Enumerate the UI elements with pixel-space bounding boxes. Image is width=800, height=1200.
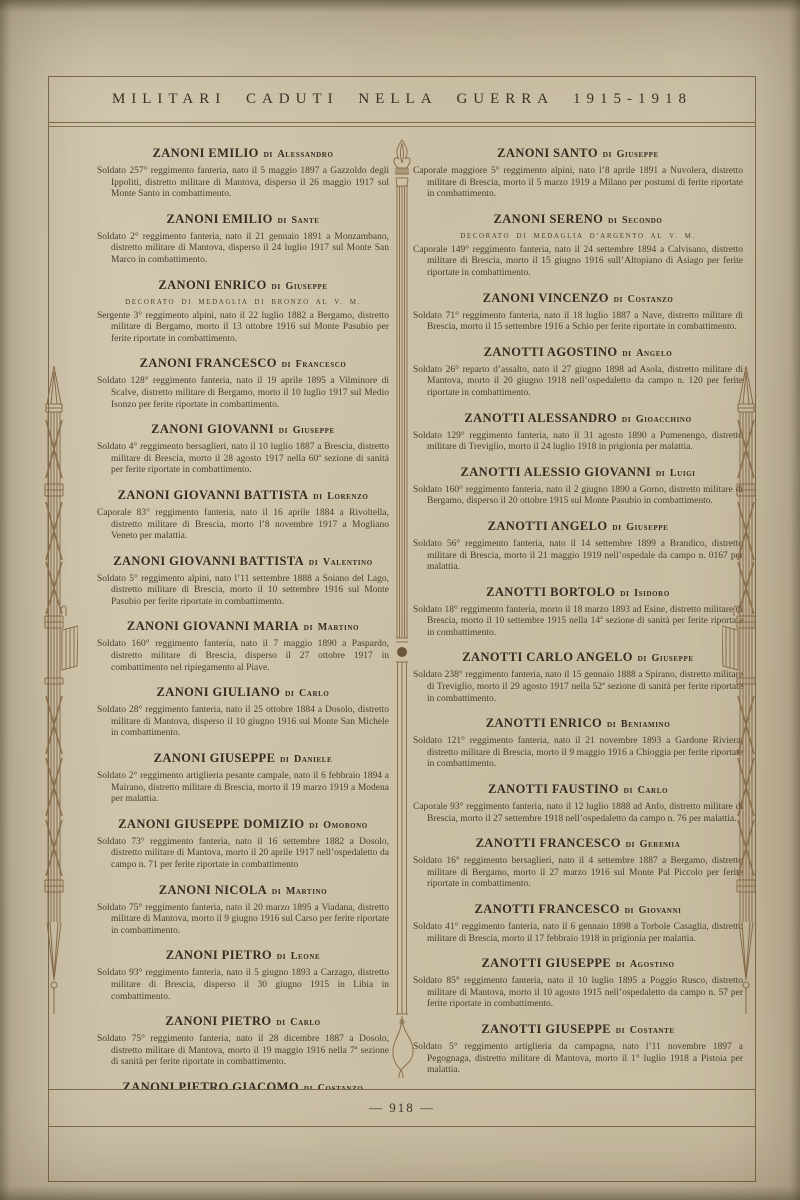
soldier-surname: ZANOTTI GIUSEPPE — [481, 956, 611, 970]
soldier-name-heading: ZANONI EMILIO DI Alessandro — [97, 145, 389, 162]
soldier-name-heading: ZANONI PIETRO DI Carlo — [97, 1013, 389, 1030]
di-label: DI — [304, 623, 313, 632]
soldier-name-heading: ZANOTTI AGOSTINO DI Angelo — [413, 344, 743, 361]
soldier-name-heading: ZANOTTI ENRICO DI Beniamino — [413, 715, 743, 732]
di-label: DI — [277, 952, 286, 961]
di-label: DI — [603, 150, 612, 159]
father-name: Carlo — [290, 1017, 320, 1028]
father-name: Giuseppe — [626, 522, 668, 533]
soldier-name-heading: ZANONI NICOLA DI Martino — [97, 882, 389, 899]
soldier-name-heading: ZANONI SANTO DI Giuseppe — [413, 145, 743, 162]
soldier-entry: ZANONI EMILIO DI SanteSoldato 2° reggime… — [97, 211, 389, 267]
soldier-entry: ZANOTTI BORTOLO DI IsidoroSoldato 18° re… — [413, 584, 743, 640]
di-label: DI — [280, 755, 289, 764]
soldier-record: Soldato 2° reggimento fanteria, nato il … — [97, 232, 389, 267]
di-label: DI — [624, 786, 633, 795]
soldier-record: Soldato 5° reggimento alpini, nato l’11 … — [97, 574, 389, 609]
father-name: Lorenzo — [327, 491, 368, 502]
soldier-name-heading: ZANOTTI GIUSEPPE DI Agostino — [413, 955, 743, 972]
soldier-surname: ZANONI GIULIANO — [157, 685, 281, 699]
content-area: ZANONI EMILIO DI AlessandroSoldato 257° … — [49, 123, 755, 1089]
di-label: DI — [612, 523, 621, 532]
soldier-name-heading: ZANONI GIOVANNI BATTISTA DI Lorenzo — [97, 487, 389, 504]
soldier-surname: ZANOTTI FRANCESCO — [476, 836, 621, 850]
soldier-record: Soldato 4° reggimento bersaglieri, nato … — [97, 442, 389, 477]
soldier-record: Soldato 26° reparto d’assalto, nato il 2… — [413, 365, 743, 400]
di-label: DI — [309, 821, 318, 830]
soldier-record: Soldato 5° reggimento artiglieria da cam… — [413, 1042, 743, 1077]
soldier-entry: ZANONI PIETRO DI LeoneSoldato 93° reggim… — [97, 947, 389, 1003]
soldier-surname: ZANONI SANTO — [497, 146, 598, 160]
decoration-line: DECORATO DI MEDAGLIA D’ARGENTO AL V. M. — [413, 232, 743, 240]
di-label: DI — [622, 349, 631, 358]
soldier-surname: ZANONI PIETRO — [165, 1014, 271, 1028]
father-name: Luigi — [670, 468, 696, 479]
soldier-entry: ZANONI GIOVANNI MARIA DI MartinoSoldato … — [97, 618, 389, 674]
soldier-record: Sergente 3° reggimento alpini, nato il 2… — [97, 311, 389, 346]
soldier-entry: ZANONI GIOVANNI DI GiuseppeSoldato 4° re… — [97, 421, 389, 477]
soldier-entry: ZANONI PIETRO DI CarloSoldato 75° reggim… — [97, 1013, 389, 1069]
soldier-name-heading: ZANONI FRANCESCO DI Francesco — [97, 355, 389, 372]
soldier-entry: ZANONI VINCENZO DI CostanzoSoldato 71° r… — [413, 290, 743, 334]
soldier-surname: ZANONI GIOVANNI BATTISTA — [118, 488, 309, 502]
soldier-record: Soldato 73° reggimento fanteria, nato il… — [97, 837, 389, 872]
soldier-record: Soldato 160° reggimento fanteria, nato i… — [97, 639, 389, 674]
di-label: DI — [622, 415, 631, 424]
right-column: ZANONI SANTO DI GiuseppeCaporale maggior… — [413, 143, 743, 1089]
soldier-entry: ZANONI SANTO DI GiuseppeCaporale maggior… — [413, 145, 743, 201]
soldier-record: Soldato 160° reggimento fanteria, nato i… — [413, 485, 743, 508]
soldier-record: Soldato 56° reggimento fanteria, nato il… — [413, 539, 743, 574]
soldier-surname: ZANONI SERENO — [494, 212, 604, 226]
soldier-name-heading: ZANONI EMILIO DI Sante — [97, 211, 389, 228]
di-label: DI — [282, 360, 291, 369]
father-name: Martino — [318, 622, 359, 633]
page-frame: MILITARI CADUTI NELLA GUERRA 1915-1918 Z… — [48, 76, 756, 1182]
soldier-entry: ZANONI EMILIO DI AlessandroSoldato 257° … — [97, 145, 389, 201]
soldier-surname: ZANOTTI GIUSEPPE — [481, 1022, 611, 1036]
soldier-entry: ZANONI GIULIANO DI CarloSoldato 28° regg… — [97, 684, 389, 740]
father-name: Daniele — [294, 754, 332, 765]
father-name: Costante — [630, 1025, 675, 1036]
di-label: DI — [608, 216, 617, 225]
father-name: Giovanni — [639, 905, 682, 916]
di-label: DI — [620, 589, 629, 598]
father-name: Carlo — [299, 688, 329, 699]
di-label: DI — [625, 906, 634, 915]
father-name: Gioacchino — [636, 414, 692, 425]
di-label: DI — [638, 654, 647, 663]
father-name: Beniamino — [621, 719, 670, 730]
soldier-entry: ZANONI GIOVANNI BATTISTA DI LorenzoCapor… — [97, 487, 389, 543]
soldier-entry: ZANOTTI FRANCESCO DI GeremiaSoldato 16° … — [413, 835, 743, 891]
soldier-entry: ZANONI ENRICO DI GiuseppeDECORATO DI MED… — [97, 277, 389, 346]
father-name: Costanzo — [628, 294, 674, 305]
father-name: Carlo — [638, 785, 668, 796]
di-label: DI — [309, 558, 318, 567]
father-name: Secondo — [622, 215, 663, 226]
soldier-surname: ZANONI GIOVANNI MARIA — [127, 619, 299, 633]
father-name: Giuseppe — [293, 425, 335, 436]
book-page-photo: { "page": { "title": "MILITARI CADUTI NE… — [0, 0, 800, 1200]
soldier-entry: ZANOTTI GIUSEPPE DI CostanteSoldato 5° r… — [413, 1021, 743, 1077]
soldier-entry: ZANONI PIETRO GIACOMO DI CostanzoSoldato… — [97, 1079, 389, 1089]
soldier-surname: ZANOTTI ALESSANDRO — [464, 411, 617, 425]
footer-band: — 918 — — [49, 1089, 755, 1127]
soldier-name-heading: ZANOTTI FAUSTINO DI Carlo — [413, 781, 743, 798]
soldier-name-heading: ZANONI GIULIANO DI Carlo — [97, 684, 389, 701]
soldier-surname: ZANONI EMILIO — [167, 212, 273, 226]
soldier-entry: ZANOTTI ANGELO DI GiuseppeSoldato 56° re… — [413, 518, 743, 574]
soldier-entry: ZANOTTI ENRICO DI BeniaminoSoldato 121° … — [413, 715, 743, 771]
di-label: DI — [656, 469, 665, 478]
di-label: DI — [279, 426, 288, 435]
soldier-record: Soldato 238° reggimento fanteria, nato i… — [413, 670, 743, 705]
soldier-name-heading: ZANONI SERENO DI Secondo — [413, 211, 743, 228]
di-label: DI — [616, 960, 625, 969]
soldier-entry: ZANONI NICOLA DI MartinoSoldato 75° regg… — [97, 882, 389, 938]
bottom-blank-strip — [49, 1127, 755, 1181]
di-label: DI — [285, 689, 294, 698]
soldier-record: Soldato 85° reggimento fanteria, nato il… — [413, 976, 743, 1011]
soldier-name-heading: ZANONI GIUSEPPE DI Daniele — [97, 750, 389, 767]
di-label: DI — [276, 1018, 285, 1027]
soldier-name-heading: ZANONI ENRICO DI Giuseppe — [97, 277, 389, 294]
father-name: Geremia — [640, 839, 681, 850]
soldier-surname: ZANONI GIUSEPPE DOMIZIO — [118, 817, 304, 831]
soldier-entry: ZANOTTI AGOSTINO DI AngeloSoldato 26° re… — [413, 344, 743, 400]
soldier-surname: ZANOTTI ANGELO — [488, 519, 608, 533]
di-label: DI — [607, 720, 616, 729]
soldier-record: Caporale 149° reggimento fanteria, nato … — [413, 245, 743, 280]
soldier-name-heading: ZANOTTI CARLO ANGELO DI Giuseppe — [413, 649, 743, 666]
soldier-surname: ZANOTTI CARLO ANGELO — [462, 650, 633, 664]
soldier-name-heading: ZANOTTI ALESSANDRO DI Gioacchino — [413, 410, 743, 427]
soldier-record: Soldato 16° reggimento bersaglieri, nato… — [413, 856, 743, 891]
father-name: Angelo — [636, 348, 672, 359]
soldier-entry: ZANONI SERENO DI SecondoDECORATO DI MEDA… — [413, 211, 743, 280]
father-name: Valentino — [323, 557, 373, 568]
father-name: Leone — [291, 951, 321, 962]
soldier-surname: ZANOTTI FRANCESCO — [475, 902, 620, 916]
soldier-name-heading: ZANONI VINCENZO DI Costanzo — [413, 290, 743, 307]
soldier-entry: ZANONI GIOVANNI BATTISTA DI ValentinoSol… — [97, 553, 389, 609]
father-name: Martino — [286, 886, 327, 897]
soldier-name-heading: ZANONI GIOVANNI DI Giuseppe — [97, 421, 389, 438]
soldier-record: Soldato 75° reggimento fanteria, nato il… — [97, 903, 389, 938]
soldier-name-heading: ZANONI PIETRO GIACOMO DI Costanzo — [97, 1079, 389, 1089]
soldier-surname: ZANONI PIETRO — [166, 948, 272, 962]
soldier-entry: ZANOTTI GIUSEPPE DI AgostinoSoldato 85° … — [413, 955, 743, 1011]
father-name: Isidoro — [634, 588, 670, 599]
soldier-name-heading: ZANONI GIOVANNI BATTISTA DI Valentino — [97, 553, 389, 570]
soldier-name-heading: ZANOTTI FRANCESCO DI Giovanni — [413, 901, 743, 918]
father-name: Giuseppe — [617, 149, 659, 160]
soldier-surname: ZANONI GIOVANNI — [151, 422, 274, 436]
soldier-surname: ZANONI VINCENZO — [483, 291, 609, 305]
page-number: — 918 — — [369, 1100, 435, 1116]
di-label: DI — [313, 492, 322, 501]
soldier-entry: ZANONI GIUSEPPE DI DanieleSoldato 2° reg… — [97, 750, 389, 806]
soldier-record: Soldato 93° reggimento fanteria, nato il… — [97, 968, 389, 1003]
soldier-record: Soldato 41° reggimento fanteria, nato il… — [413, 922, 743, 945]
father-name: Giuseppe — [652, 653, 694, 664]
soldier-record: Soldato 2° reggimento artiglieria pesant… — [97, 771, 389, 806]
soldier-surname: ZANONI FRANCESCO — [140, 356, 277, 370]
soldier-surname: ZANOTTI BORTOLO — [486, 585, 615, 599]
di-label: DI — [277, 216, 286, 225]
di-label: DI — [616, 1026, 625, 1035]
soldier-record: Soldato 75° reggimento fanteria, nato il… — [97, 1034, 389, 1069]
title-band: MILITARI CADUTI NELLA GUERRA 1915-1918 — [49, 77, 755, 123]
father-name: Omobono — [323, 820, 368, 831]
soldier-record: Soldato 18° reggimento fanteria, morto i… — [413, 605, 743, 640]
soldier-surname: ZANONI PIETRO GIACOMO — [123, 1080, 299, 1089]
di-label: DI — [263, 150, 272, 159]
soldier-entry: ZANONI FRANCESCO DI FrancescoSoldato 128… — [97, 355, 389, 411]
soldier-record: Caporale maggiore 5° reggimento alpini, … — [413, 166, 743, 201]
soldier-name-heading: ZANOTTI ANGELO DI Giuseppe — [413, 518, 743, 535]
soldier-record: Soldato 121° reggimento fanteria, nato i… — [413, 736, 743, 771]
soldier-surname: ZANOTTI ALESSIO GIOVANNI — [460, 465, 651, 479]
page-title: MILITARI CADUTI NELLA GUERRA 1915-1918 — [112, 91, 692, 108]
soldier-surname: ZANOTTI FAUSTINO — [488, 782, 619, 796]
soldier-record: Soldato 28° reggimento fanteria, nato il… — [97, 705, 389, 740]
soldier-record: Soldato 257° reggimento fanteria, nato i… — [97, 166, 389, 201]
father-name: Agostino — [630, 959, 675, 970]
soldier-record: Caporale 83° reggimento fanteria, nato i… — [97, 508, 389, 543]
soldier-entry: ZANONI GIUSEPPE DOMIZIO DI OmobonoSoldat… — [97, 816, 389, 872]
soldier-record: Caporale 93° reggimento fanteria, nato i… — [413, 802, 743, 825]
soldier-surname: ZANOTTI AGOSTINO — [484, 345, 618, 359]
soldier-name-heading: ZANOTTI GIUSEPPE DI Costante — [413, 1021, 743, 1038]
soldier-name-heading: ZANONI PIETRO DI Leone — [97, 947, 389, 964]
soldier-surname: ZANONI NICOLA — [159, 883, 267, 897]
soldier-entry: ZANOTTI ALESSIO GIOVANNI DI LuigiSoldato… — [413, 464, 743, 508]
soldier-entry: ZANOTTI ALESSANDRO DI GioacchinoSoldato … — [413, 410, 743, 454]
soldier-entry: ZANOTTI FAUSTINO DI CarloCaporale 93° re… — [413, 781, 743, 825]
soldier-record: Soldato 129° reggimento fanteria, nato i… — [413, 431, 743, 454]
soldier-name-heading: ZANONI GIUSEPPE DOMIZIO DI Omobono — [97, 816, 389, 833]
soldier-surname: ZANONI GIUSEPPE — [154, 751, 276, 765]
father-name: Francesco — [296, 359, 347, 370]
soldier-surname: ZANONI ENRICO — [158, 278, 266, 292]
soldier-record: Soldato 71° reggimento fanteria, nato il… — [413, 311, 743, 334]
di-label: DI — [626, 840, 635, 849]
soldier-surname: ZANONI EMILIO — [153, 146, 259, 160]
di-label: DI — [272, 887, 281, 896]
soldier-name-heading: ZANOTTI BORTOLO DI Isidoro — [413, 584, 743, 601]
soldier-record: Soldato 128° reggimento fanteria, nato i… — [97, 376, 389, 411]
soldier-surname: ZANOTTI ENRICO — [486, 716, 602, 730]
father-name: Sante — [291, 215, 319, 226]
father-name: Alessandro — [277, 149, 333, 160]
soldier-name-heading: ZANONI GIOVANNI MARIA DI Martino — [97, 618, 389, 635]
soldier-name-heading: ZANOTTI ALESSIO GIOVANNI DI Luigi — [413, 464, 743, 481]
soldier-surname: ZANONI GIOVANNI BATTISTA — [113, 554, 304, 568]
di-label: DI — [271, 282, 280, 291]
soldier-entry: ZANOTTI FRANCESCO DI GiovanniSoldato 41°… — [413, 901, 743, 945]
soldier-entry: ZANOTTI CARLO ANGELO DI GiuseppeSoldato … — [413, 649, 743, 705]
left-column: ZANONI EMILIO DI AlessandroSoldato 257° … — [97, 143, 389, 1089]
decoration-line: DECORATO DI MEDAGLIA DI BRONZO AL V. M. — [97, 298, 389, 306]
soldier-name-heading: ZANOTTI FRANCESCO DI Geremia — [413, 835, 743, 852]
di-label: DI — [614, 295, 623, 304]
father-name: Giuseppe — [285, 281, 327, 292]
